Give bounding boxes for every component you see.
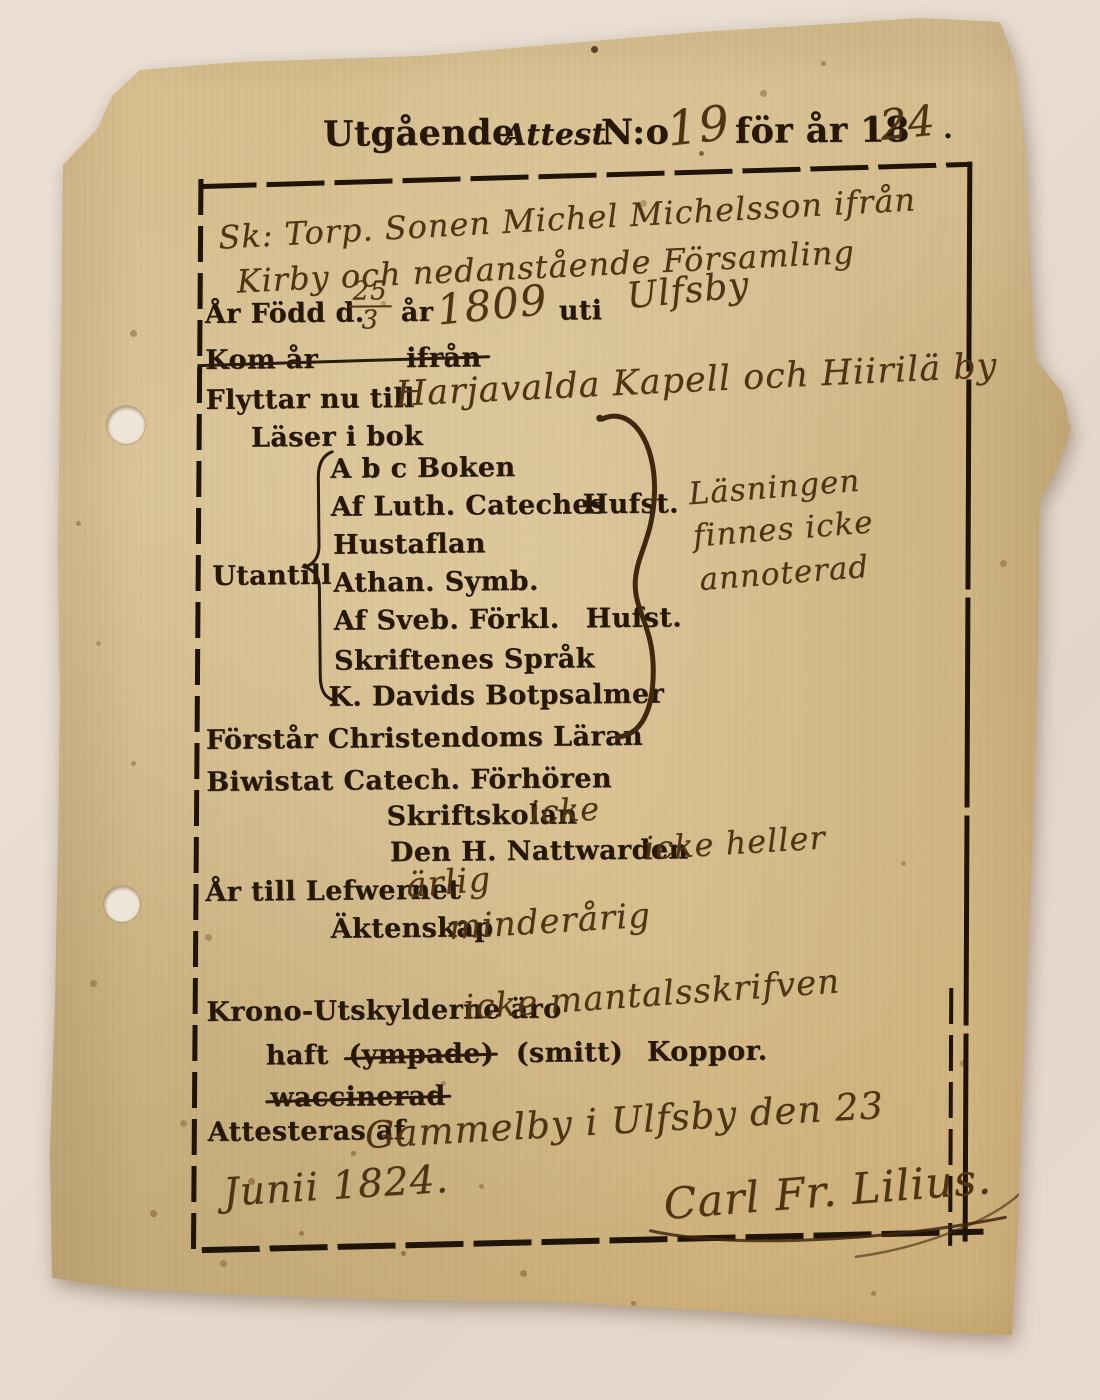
signature: Carl Fr. Lilius. [662, 1154, 994, 1230]
born-day: 25 [348, 279, 391, 307]
koppor-haft: haft [266, 1040, 329, 1072]
born-ar-label: år [401, 297, 434, 328]
note-line2: finnes icke [692, 504, 875, 554]
lefwernet-value: ärlig [405, 859, 493, 906]
form-content: Utgående Attest N:o 19 för år 18 24 . Sk… [0, 0, 1100, 1400]
utantill-label: Utantill [212, 560, 332, 592]
laser-label: Läser i bok [251, 421, 423, 454]
photo-background: Utgående Attest N:o 19 för år 18 24 . Sk… [0, 0, 1100, 1400]
kom-struck-phrase: Kom årifrån [205, 342, 482, 376]
koppor-smitt: (smitt) [516, 1037, 624, 1069]
skriftskolan-value: icke [528, 789, 601, 831]
kom-row: Kom årifrån [205, 342, 482, 376]
waccinerad-struck: waccinerad [270, 1081, 446, 1114]
brace-top-dot [596, 415, 603, 422]
kom-gap [318, 367, 406, 368]
title-no-label: N:o [601, 112, 670, 154]
koppor-row: haft (ympade) (smitt) Koppor. [266, 1036, 768, 1072]
born-month: 3 [349, 307, 392, 333]
kom-label-right: ifrån [406, 342, 482, 374]
book-hufst-1: Hufst. [582, 488, 679, 520]
nattwarden-value: icke heller [643, 818, 827, 867]
koppor-word: Koppor. [647, 1036, 768, 1068]
aktenskap-value: minderårig [448, 896, 652, 948]
book-hufst-2: Hufst. [586, 602, 683, 634]
frame-border-right [963, 162, 973, 1242]
note-line3: annoterad [698, 549, 870, 598]
flyttar-label: Flyttar nu till [205, 383, 414, 416]
born-year: 1809 [435, 275, 550, 334]
title-period: . [943, 114, 953, 145]
title-attest: Attest [503, 117, 606, 153]
book-item-4: Athan. Symb. [333, 566, 539, 599]
book-item-2: Af Luth. Cateches [330, 489, 605, 523]
krono-value: icke mantalsskrifven [462, 961, 841, 1028]
book-item-6: Skriftenes Språk [334, 643, 595, 676]
frame-border-left [191, 179, 203, 1253]
waccinerad-row: waccinerad [270, 1081, 446, 1114]
foxing-speckles [0, 0, 3, 3]
kom-label-left: Kom år [205, 344, 318, 376]
title-utgaende: Utgående [323, 112, 515, 155]
document-paper: Utgående Attest N:o 19 för år 18 24 . Sk… [0, 0, 1100, 1400]
note-line1: Läsningen [687, 463, 861, 513]
book-item-7: K. Davids Botpsalmer [328, 679, 664, 713]
book-item-3: Hustaflan [333, 528, 486, 560]
attesteras-value-2: Junii 1824. [222, 1157, 450, 1216]
frame-border-bottom [202, 1229, 984, 1253]
title-year-value: 24 [878, 96, 938, 150]
book-item-5: Af Sveb. Förkl. [334, 604, 560, 637]
title-no-value: 19 [664, 95, 733, 158]
forstar-label: Förstår Christendoms Läran [206, 721, 643, 756]
born-uti-label: uti [559, 295, 603, 326]
born-label: År Född d. [205, 297, 365, 330]
born-date-fraction: 25 3 [348, 279, 392, 333]
paper-shadow-wrap: Utgående Attest N:o 19 för år 18 24 . Sk… [0, 0, 1100, 1400]
koppor-ympade-struck: (ympade) [348, 1038, 494, 1070]
book-item-1: A b c Boken [330, 452, 516, 485]
